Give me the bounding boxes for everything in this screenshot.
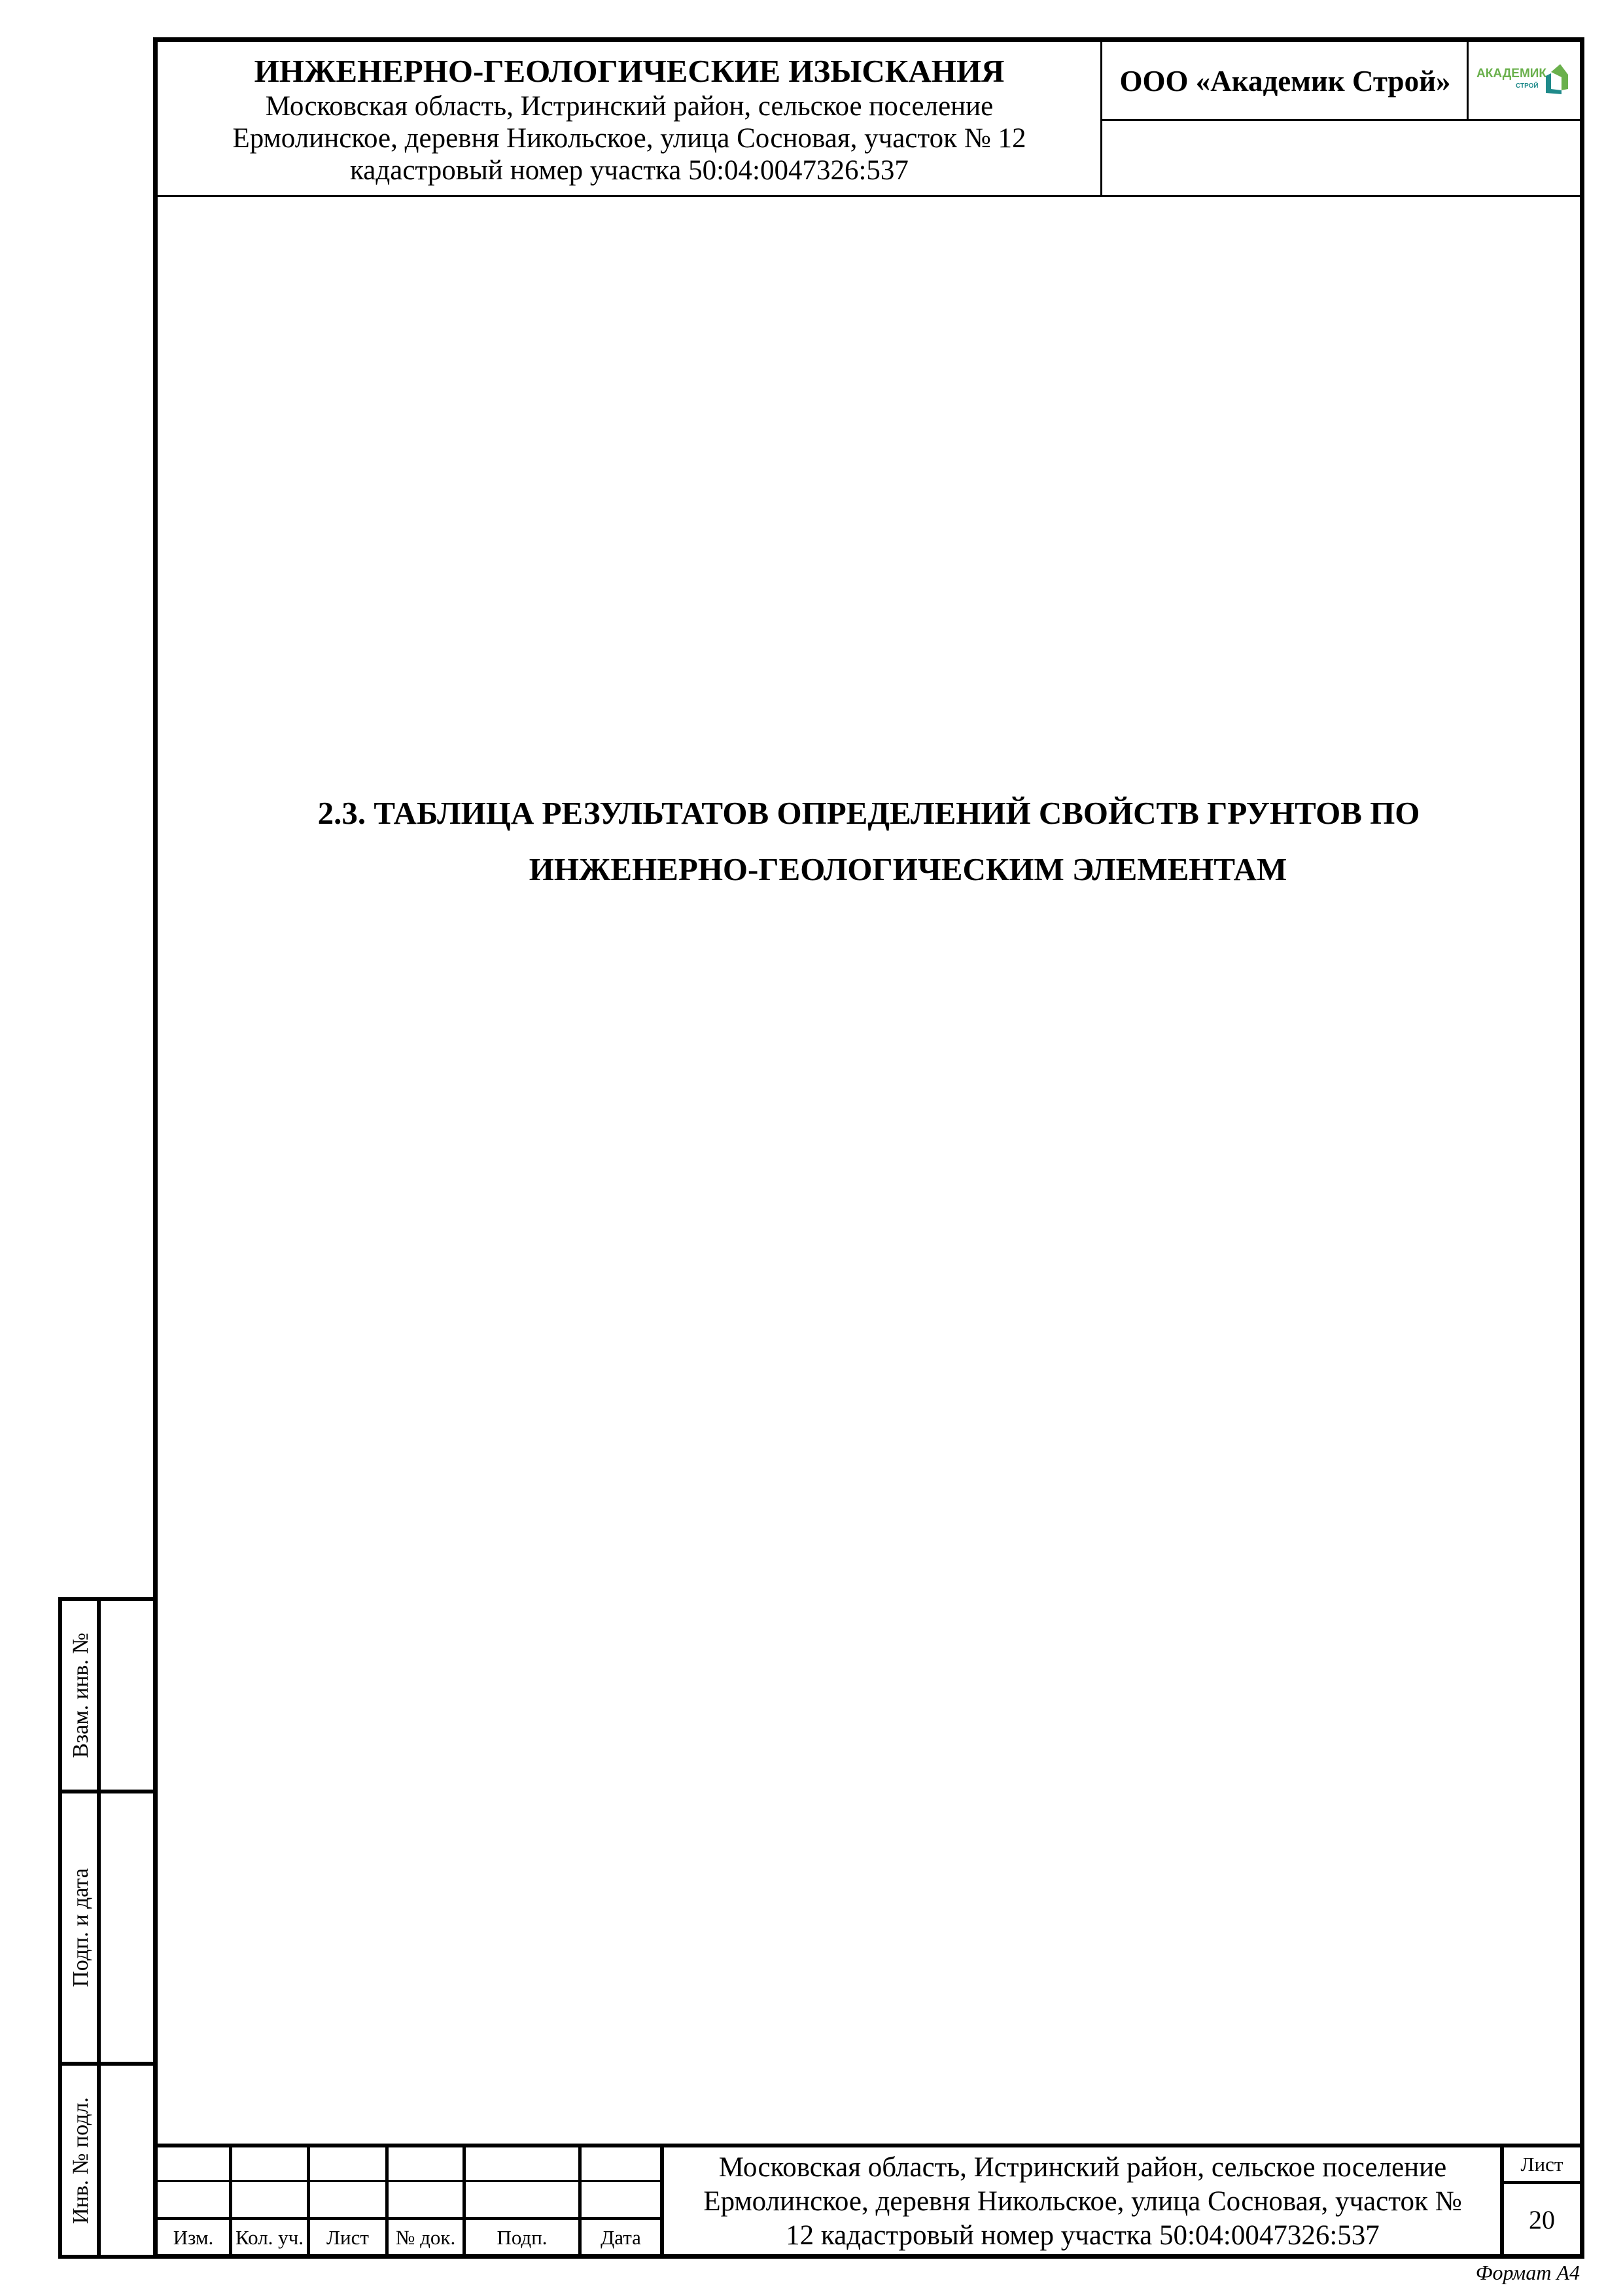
- stamp-col-kol-uch: Кол. уч.: [232, 2219, 307, 2255]
- stamp-col-doc-no: № док.: [389, 2219, 462, 2255]
- section-heading: 2.3. ТАБЛИЦА РЕЗУЛЬТАТОВ ОПРЕДЕЛЕНИЙ СВО…: [158, 785, 1580, 898]
- header-title: ИНЖЕНЕРНО-ГЕОЛОГИЧЕСКИЕ ИЗЫСКАНИЯ: [254, 52, 1005, 90]
- stamp-row-line: [158, 2180, 663, 2182]
- logo-text-main: АКАДЕМИК: [1476, 67, 1546, 80]
- stamp-col-podp: Подп.: [466, 2219, 578, 2255]
- header-address-line: Ермолинское, деревня Никольское, улица С…: [232, 122, 1026, 154]
- header-address-line: кадастровый номер участка 50:04:0047326:…: [350, 154, 909, 186]
- side-strip-left: [58, 1597, 62, 2259]
- company-name: ООО «Академик Строй»: [1103, 42, 1467, 120]
- section-heading-line: ИНЖЕНЕРНО-ГЕОЛОГИЧЕСКИМ ЭЛЕМЕНТАМ: [158, 841, 1580, 898]
- section-heading-line: 2.3. ТАБЛИЦА РЕЗУЛЬТАТОВ ОПРЕДЕЛЕНИЙ СВО…: [158, 785, 1580, 841]
- stamp-address-line: 12 кадастровый номер участка 50:04:00473…: [786, 2219, 1380, 2253]
- stamp-address-line: Ермолинское, деревня Никольское, улица С…: [703, 2185, 1461, 2219]
- logo-text-sub: СТРОЙ: [1516, 81, 1539, 90]
- company-logo: АКАДЕМИК СТРОЙ: [1469, 42, 1580, 120]
- sheet-number: 20: [1504, 2184, 1580, 2255]
- stamp-address-line: Московская область, Истринский район, се…: [719, 2151, 1447, 2185]
- header-title-block: ИНЖЕНЕРНО-ГЕОЛОГИЧЕСКИЕ ИЗЫСКАНИЯ Москов…: [158, 42, 1101, 196]
- header-address-line: Московская область, Истринский район, се…: [266, 90, 994, 122]
- side-label-vzam-inv: Взам. инв. №: [64, 1601, 98, 1790]
- side-label-podp-data: Подп. и дата: [64, 1793, 98, 2062]
- sheet-label: Лист: [1504, 2148, 1580, 2181]
- stamp-address: Московская область, Истринский район, се…: [664, 2148, 1501, 2255]
- page-frame: [153, 37, 1584, 2259]
- stamp-col-data: Дата: [582, 2219, 660, 2255]
- akademik-stroy-logo-icon: АКАДЕМИК СТРОЙ: [1475, 62, 1573, 101]
- side-label-inv-podl: Инв. № подл.: [64, 2066, 98, 2255]
- stamp-col-izm: Изм.: [158, 2219, 229, 2255]
- side-strip-bottom: [59, 2255, 153, 2259]
- format-label: Формат А4: [1439, 2261, 1580, 2285]
- stamp-top-line: [153, 2144, 1584, 2147]
- stamp-col-list: Лист: [310, 2219, 385, 2255]
